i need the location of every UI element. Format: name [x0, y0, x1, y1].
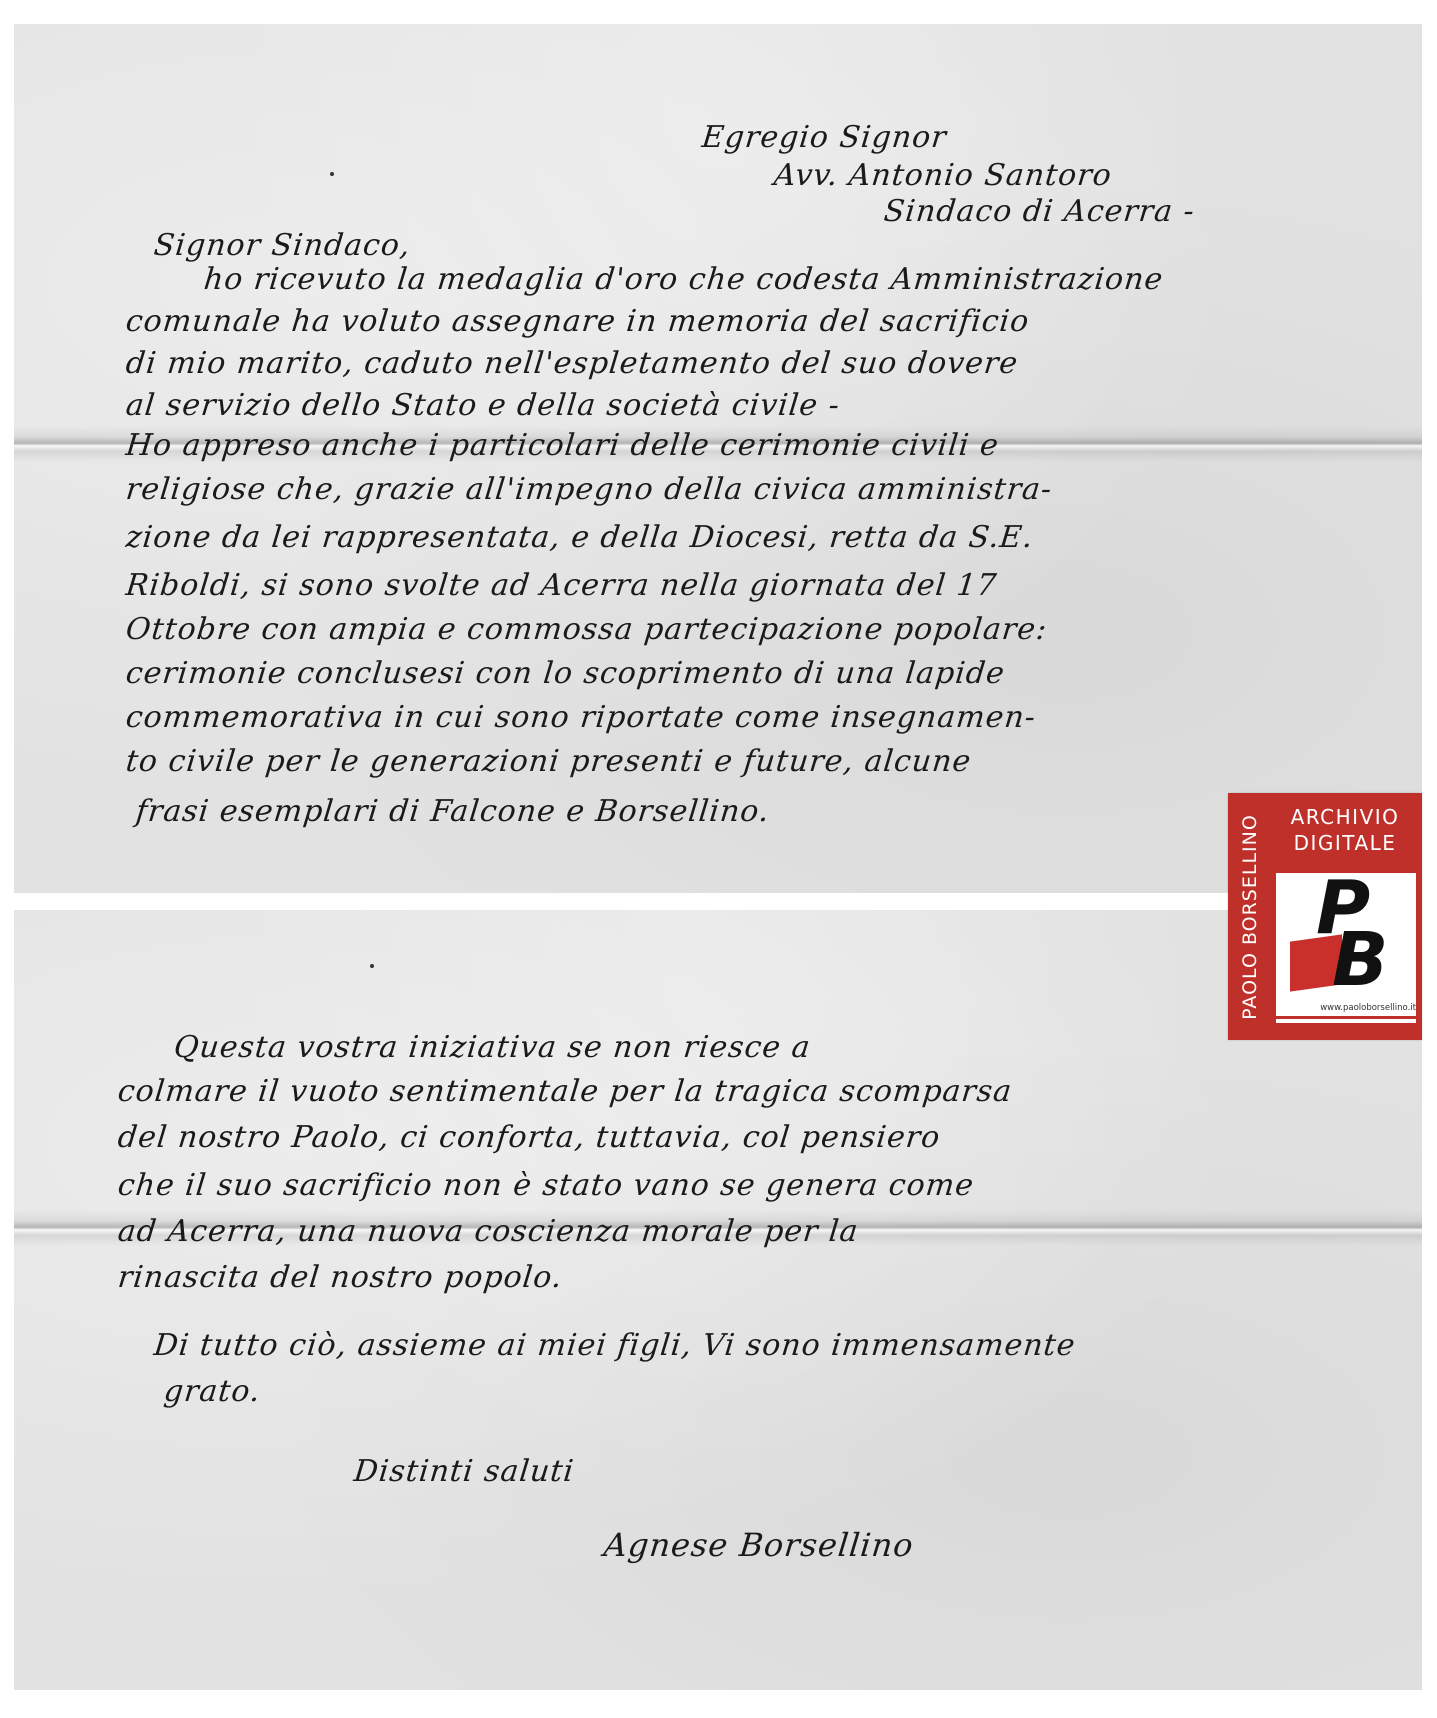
- monogram-b: B: [1332, 917, 1388, 1003]
- closing: Distinti saluti: [352, 1454, 576, 1489]
- logo-title-line2: DIGITALE: [1272, 831, 1418, 855]
- ink-dot: [330, 172, 334, 176]
- pb-monogram-icon: P B: [1276, 873, 1416, 1016]
- body-line: Ho appreso anche i particolari delle cer…: [124, 428, 1001, 463]
- body-line: di mio marito, caduto nell'espletamento …: [124, 346, 1020, 381]
- body-line: religiose che, grazie all'impegno della …: [124, 472, 1054, 507]
- address-line-1: Egregio Signor: [700, 120, 948, 155]
- body-line: colmare il vuoto sentimentale per la tra…: [116, 1074, 1014, 1109]
- body-line: frasi esemplari di Falcone e Borsellino.: [134, 794, 771, 829]
- logo-vertical-label: PAOLO BORSELLINO: [1232, 797, 1268, 1037]
- signature: Agnese Borsellino: [602, 1526, 916, 1564]
- body-line: Ottobre con ampia e commossa partecipazi…: [124, 612, 1049, 647]
- body-line: al servizio dello Stato e della società …: [124, 388, 842, 423]
- body-line: cerimonie conclusesi con lo scoprimento …: [124, 656, 1007, 691]
- body-line: ad Acerra, una nuova coscienza morale pe…: [116, 1214, 860, 1249]
- logo-url: www.paoloborsellino.it: [1276, 1003, 1416, 1013]
- logo-underline: [1276, 1019, 1416, 1023]
- address-line-2: Avv. Antonio Santoro: [772, 158, 1113, 193]
- body-line: zione da lei rappresentata, e della Dioc…: [124, 520, 1035, 555]
- body-line: che il suo sacrificio non è stato vano s…: [116, 1168, 976, 1203]
- body-line: del nostro Paolo, ci conforta, tuttavia,…: [116, 1120, 942, 1155]
- body-line: commemorativa in cui sono riportate come…: [124, 700, 1038, 735]
- body-line: Di tutto ciò, assieme ai miei figli, Vi …: [152, 1328, 1077, 1363]
- logo-title-line1: ARCHIVIO: [1272, 805, 1418, 829]
- logo-vertical-text: PAOLO BORSELLINO: [1239, 814, 1261, 1020]
- address-line-3: Sindaco di Acerra -: [882, 194, 1196, 229]
- letter-page-1: Egregio Signor Avv. Antonio Santoro Sind…: [14, 24, 1422, 893]
- body-line: to civile per le generazioni presenti e …: [124, 744, 973, 779]
- salutation: Signor Sindaco,: [152, 228, 412, 263]
- archivio-digitale-logo: PAOLO BORSELLINO ARCHIVIO DIGITALE P B w…: [1228, 793, 1422, 1040]
- body-line: grato.: [162, 1374, 262, 1409]
- letter-page-2: Questa vostra iniziativa se non riesce a…: [14, 910, 1422, 1690]
- body-line: rinascita del nostro popolo.: [116, 1260, 564, 1295]
- body-line: Riboldi, si sono svolte ad Acerra nella …: [124, 568, 999, 603]
- body-line: Questa vostra iniziativa se non riesce a: [172, 1030, 812, 1065]
- body-line: ho ricevuto la medaglia d'oro che codest…: [202, 262, 1165, 297]
- body-line: comunale ha voluto assegnare in memoria …: [124, 304, 1031, 339]
- ink-dot: [370, 964, 374, 968]
